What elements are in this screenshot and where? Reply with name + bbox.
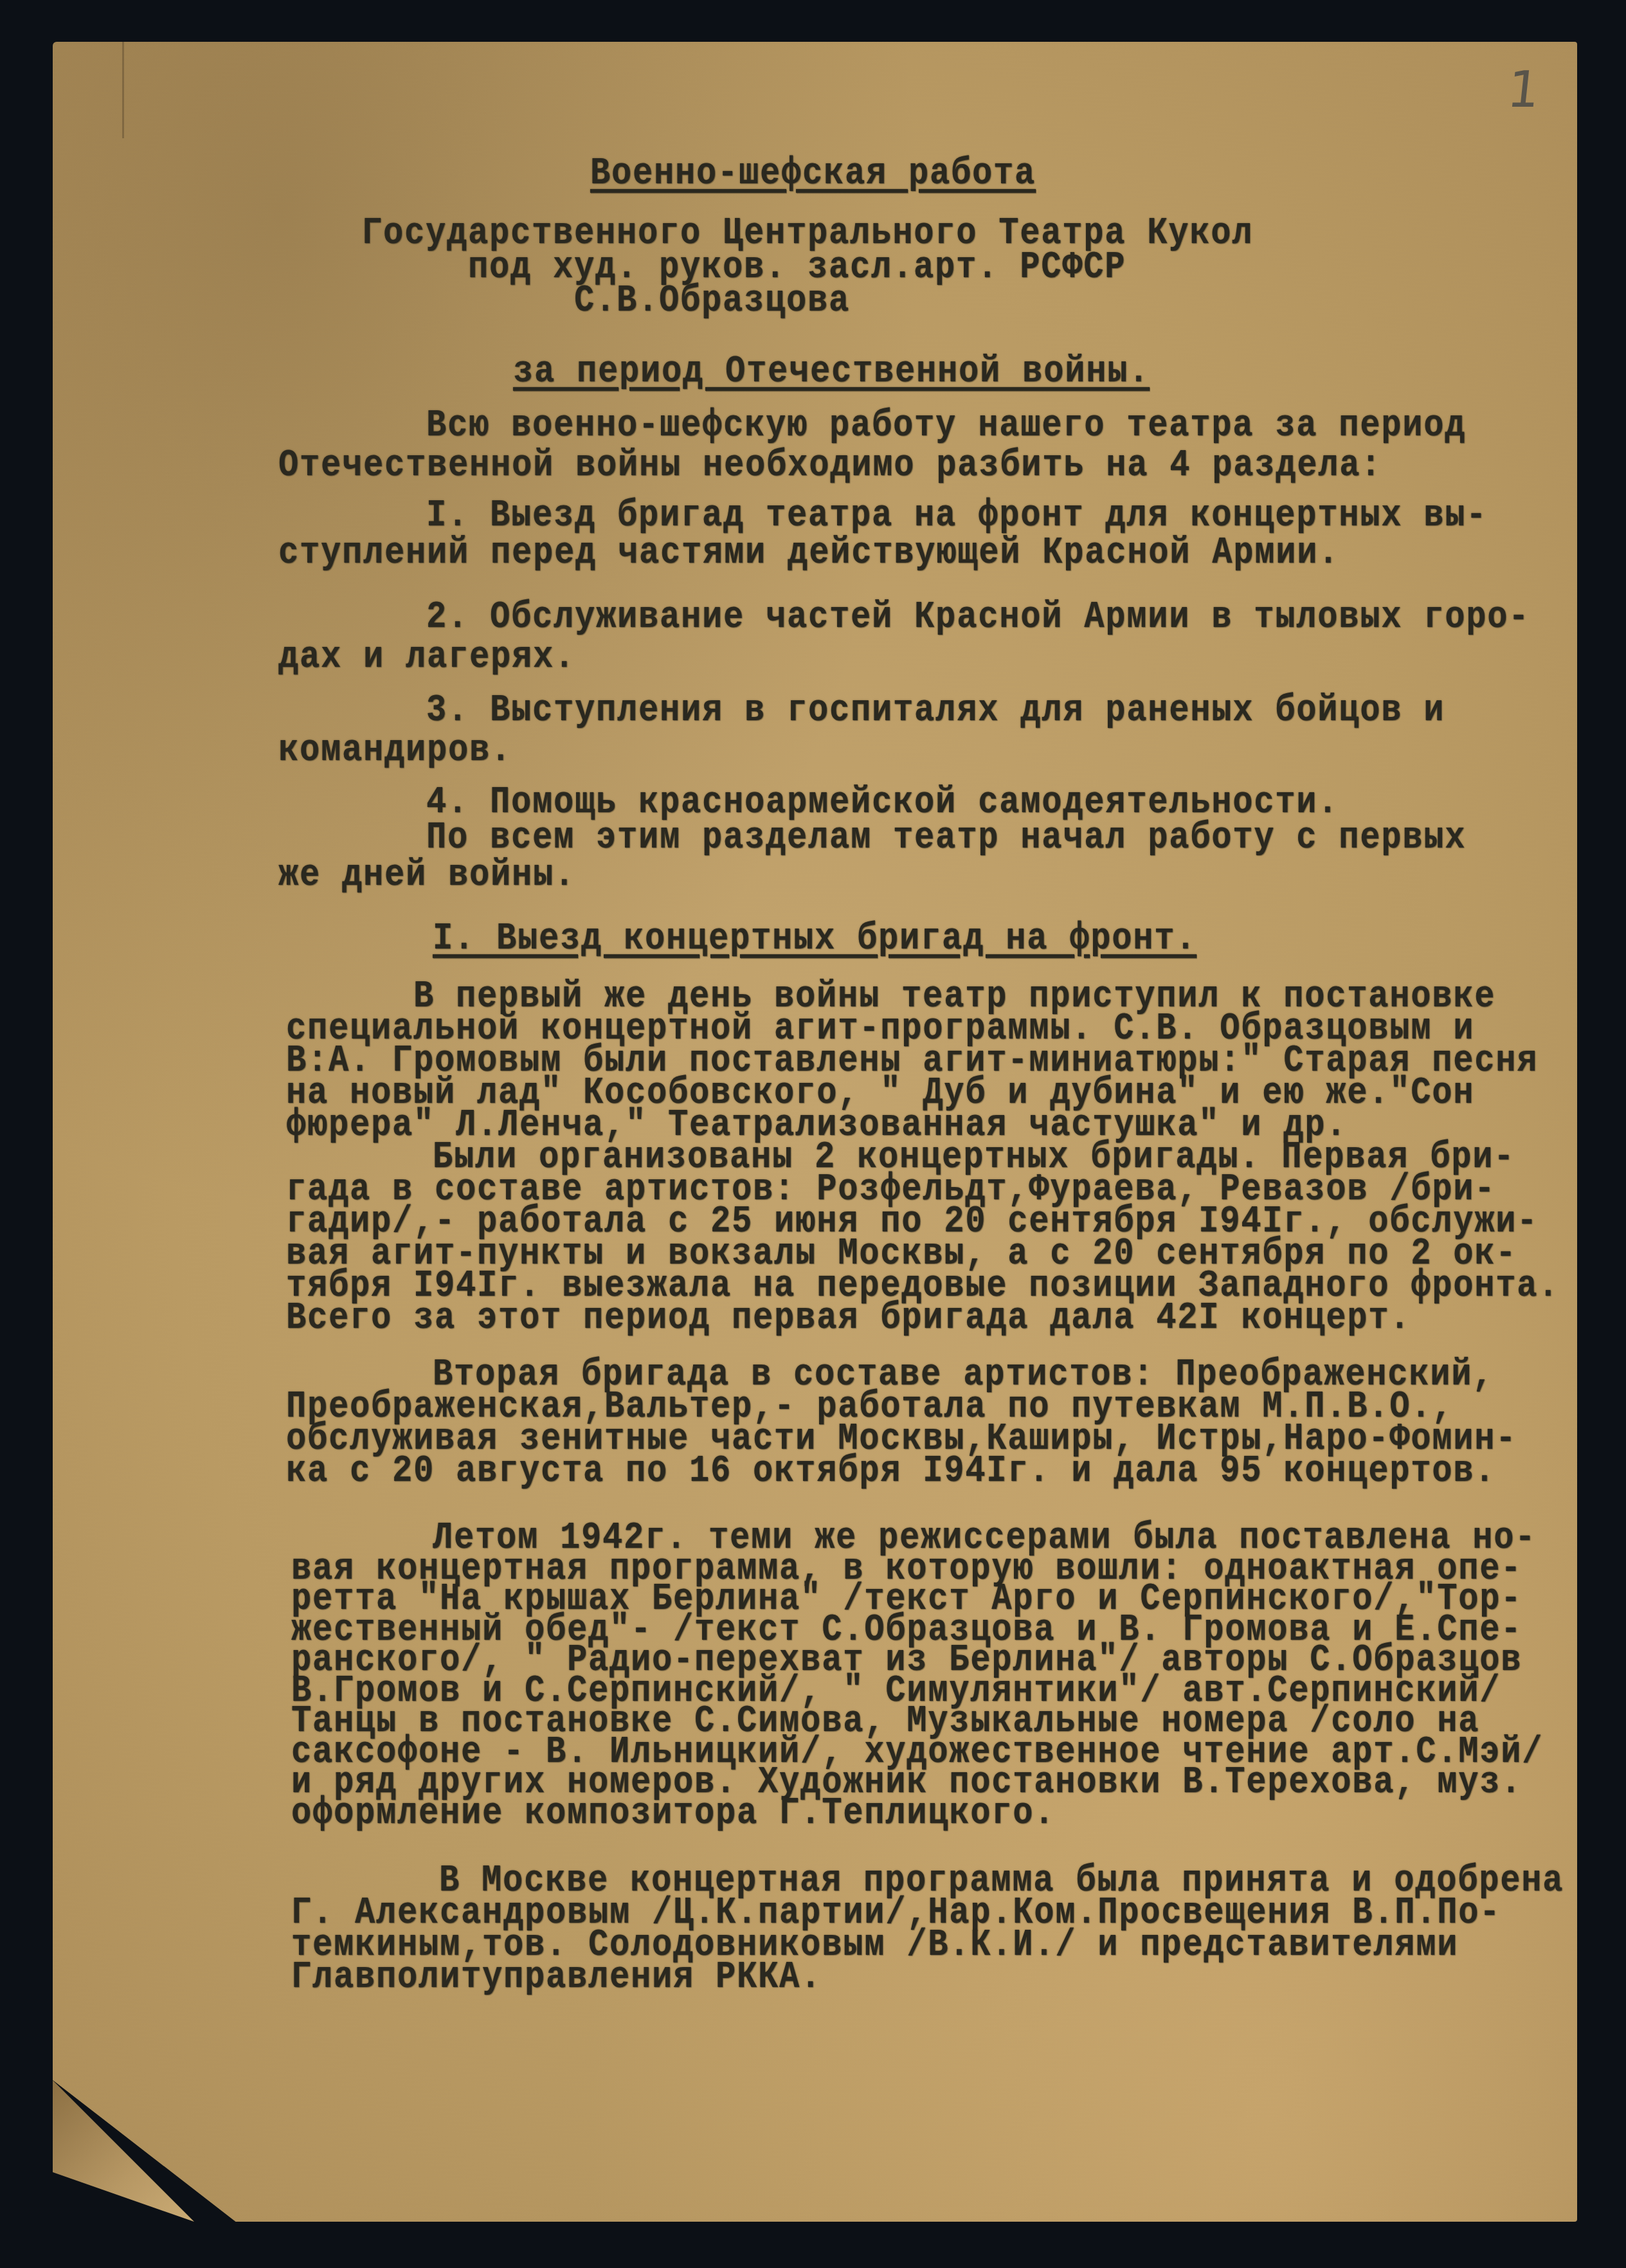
paper-crease bbox=[122, 42, 124, 138]
summary-line: По всем этим разделам театр начал работу… bbox=[426, 819, 1466, 857]
period-subtitle: за период Отечественной войны. bbox=[513, 352, 1150, 391]
document-title: Военно-шефская работа bbox=[590, 154, 1036, 193]
intro-line: Отечественной войны необходимо разбить н… bbox=[278, 446, 1382, 485]
intro-line: Всю военно-шефскую работу нашего театра … bbox=[426, 406, 1466, 445]
text-line: Главполитуправления РККА. bbox=[291, 1958, 822, 1997]
summary-line: же дней войны. bbox=[278, 856, 575, 894]
section-heading: I. Выезд концертных бригад на фронт. bbox=[433, 920, 1197, 958]
text-line: ка с 20 августа по 16 октября I94Iг. и д… bbox=[286, 1452, 1495, 1491]
text-line: оформление композитора Г.Теплицкого. bbox=[291, 1794, 1055, 1833]
list-item-3: 3. Выступления в госпиталях для раненых … bbox=[426, 691, 1445, 730]
text-line: Всего за этот период первая бригада дала… bbox=[286, 1299, 1411, 1338]
org-director-name: С.В.Образцова bbox=[574, 282, 850, 320]
list-item-1: I. Выезд бригад театра на фронт для конц… bbox=[426, 496, 1487, 535]
list-item-3: командиров. bbox=[278, 731, 512, 770]
list-item-2: дах и лагерях. bbox=[278, 638, 575, 676]
list-item-2: 2. Обслуживание частей Красной Армии в т… bbox=[426, 598, 1530, 637]
page-number: 1 bbox=[1504, 61, 1542, 119]
list-item-1: ступлений перед частями действующей Крас… bbox=[278, 534, 1339, 572]
